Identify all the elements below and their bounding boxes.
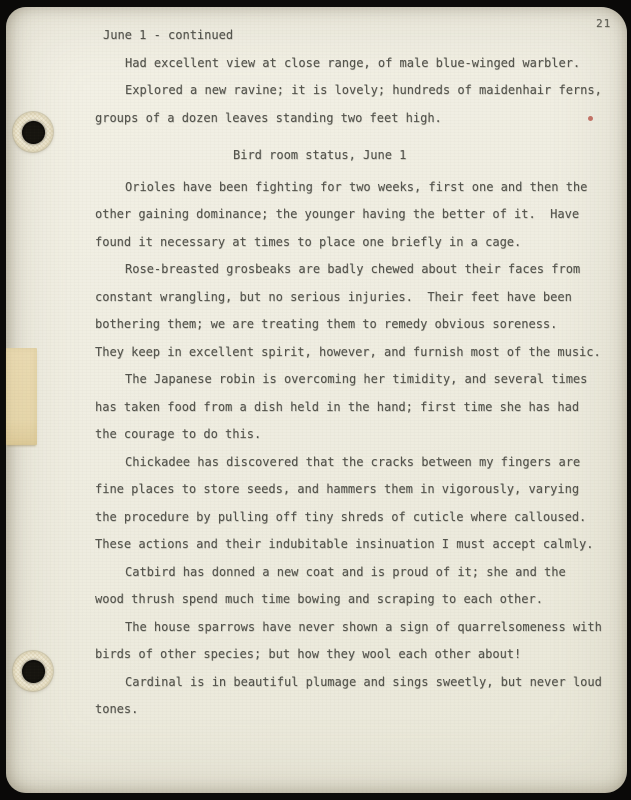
hole-punch-top — [13, 112, 53, 152]
typed-line: found it necessary at times to place one… — [95, 229, 620, 257]
hole-punch-bottom-hole — [22, 660, 45, 683]
tape-stain — [6, 348, 37, 445]
typed-line: birds of other species; but how they woo… — [95, 641, 620, 669]
typed-line: other gaining dominance; the younger hav… — [95, 201, 620, 229]
typed-line: The Japanese robin is overcoming her tim… — [95, 366, 620, 394]
section-heading: Bird room status, June 1 — [95, 142, 620, 170]
typed-line: The house sparrows have never shown a si… — [95, 614, 620, 642]
typed-line: has taken food from a dish held in the h… — [95, 394, 620, 422]
typed-line: Chickadee has discovered that the cracks… — [95, 449, 620, 477]
typed-line: Had excellent view at close range, of ma… — [95, 50, 620, 78]
typed-text-block: June 1 - continued Had excellent view at… — [95, 22, 620, 724]
typed-line: Explored a new ravine; it is lovely; hun… — [95, 77, 620, 105]
typed-line: Orioles have been fighting for two weeks… — [95, 174, 620, 202]
typed-line: These actions and their indubitable insi… — [95, 531, 620, 559]
hole-punch-top-hole — [22, 121, 45, 144]
date-header-line: June 1 - continued — [95, 22, 620, 50]
typed-line: bothering them; we are treating them to … — [95, 311, 620, 339]
typed-line: fine places to store seeds, and hammers … — [95, 476, 620, 504]
typed-line: constant wrangling, but no serious injur… — [95, 284, 620, 312]
hole-punch-bottom — [13, 651, 53, 691]
typed-line: They keep in excellent spirit, however, … — [95, 339, 620, 367]
typed-line: wood thrush spend much time bowing and s… — [95, 586, 620, 614]
typed-line: tones. — [95, 696, 620, 724]
scanned-page: 21 June 1 - continued Had excellent view… — [6, 7, 627, 793]
typed-line: Cardinal is in beautiful plumage and sin… — [95, 669, 620, 697]
typed-line: Catbird has donned a new coat and is pro… — [95, 559, 620, 587]
typed-line: the courage to do this. — [95, 421, 620, 449]
typed-line: Rose-breasted grosbeaks are badly chewed… — [95, 256, 620, 284]
typed-line: the procedure by pulling off tiny shreds… — [95, 504, 620, 532]
typed-line: groups of a dozen leaves standing two fe… — [95, 105, 620, 133]
